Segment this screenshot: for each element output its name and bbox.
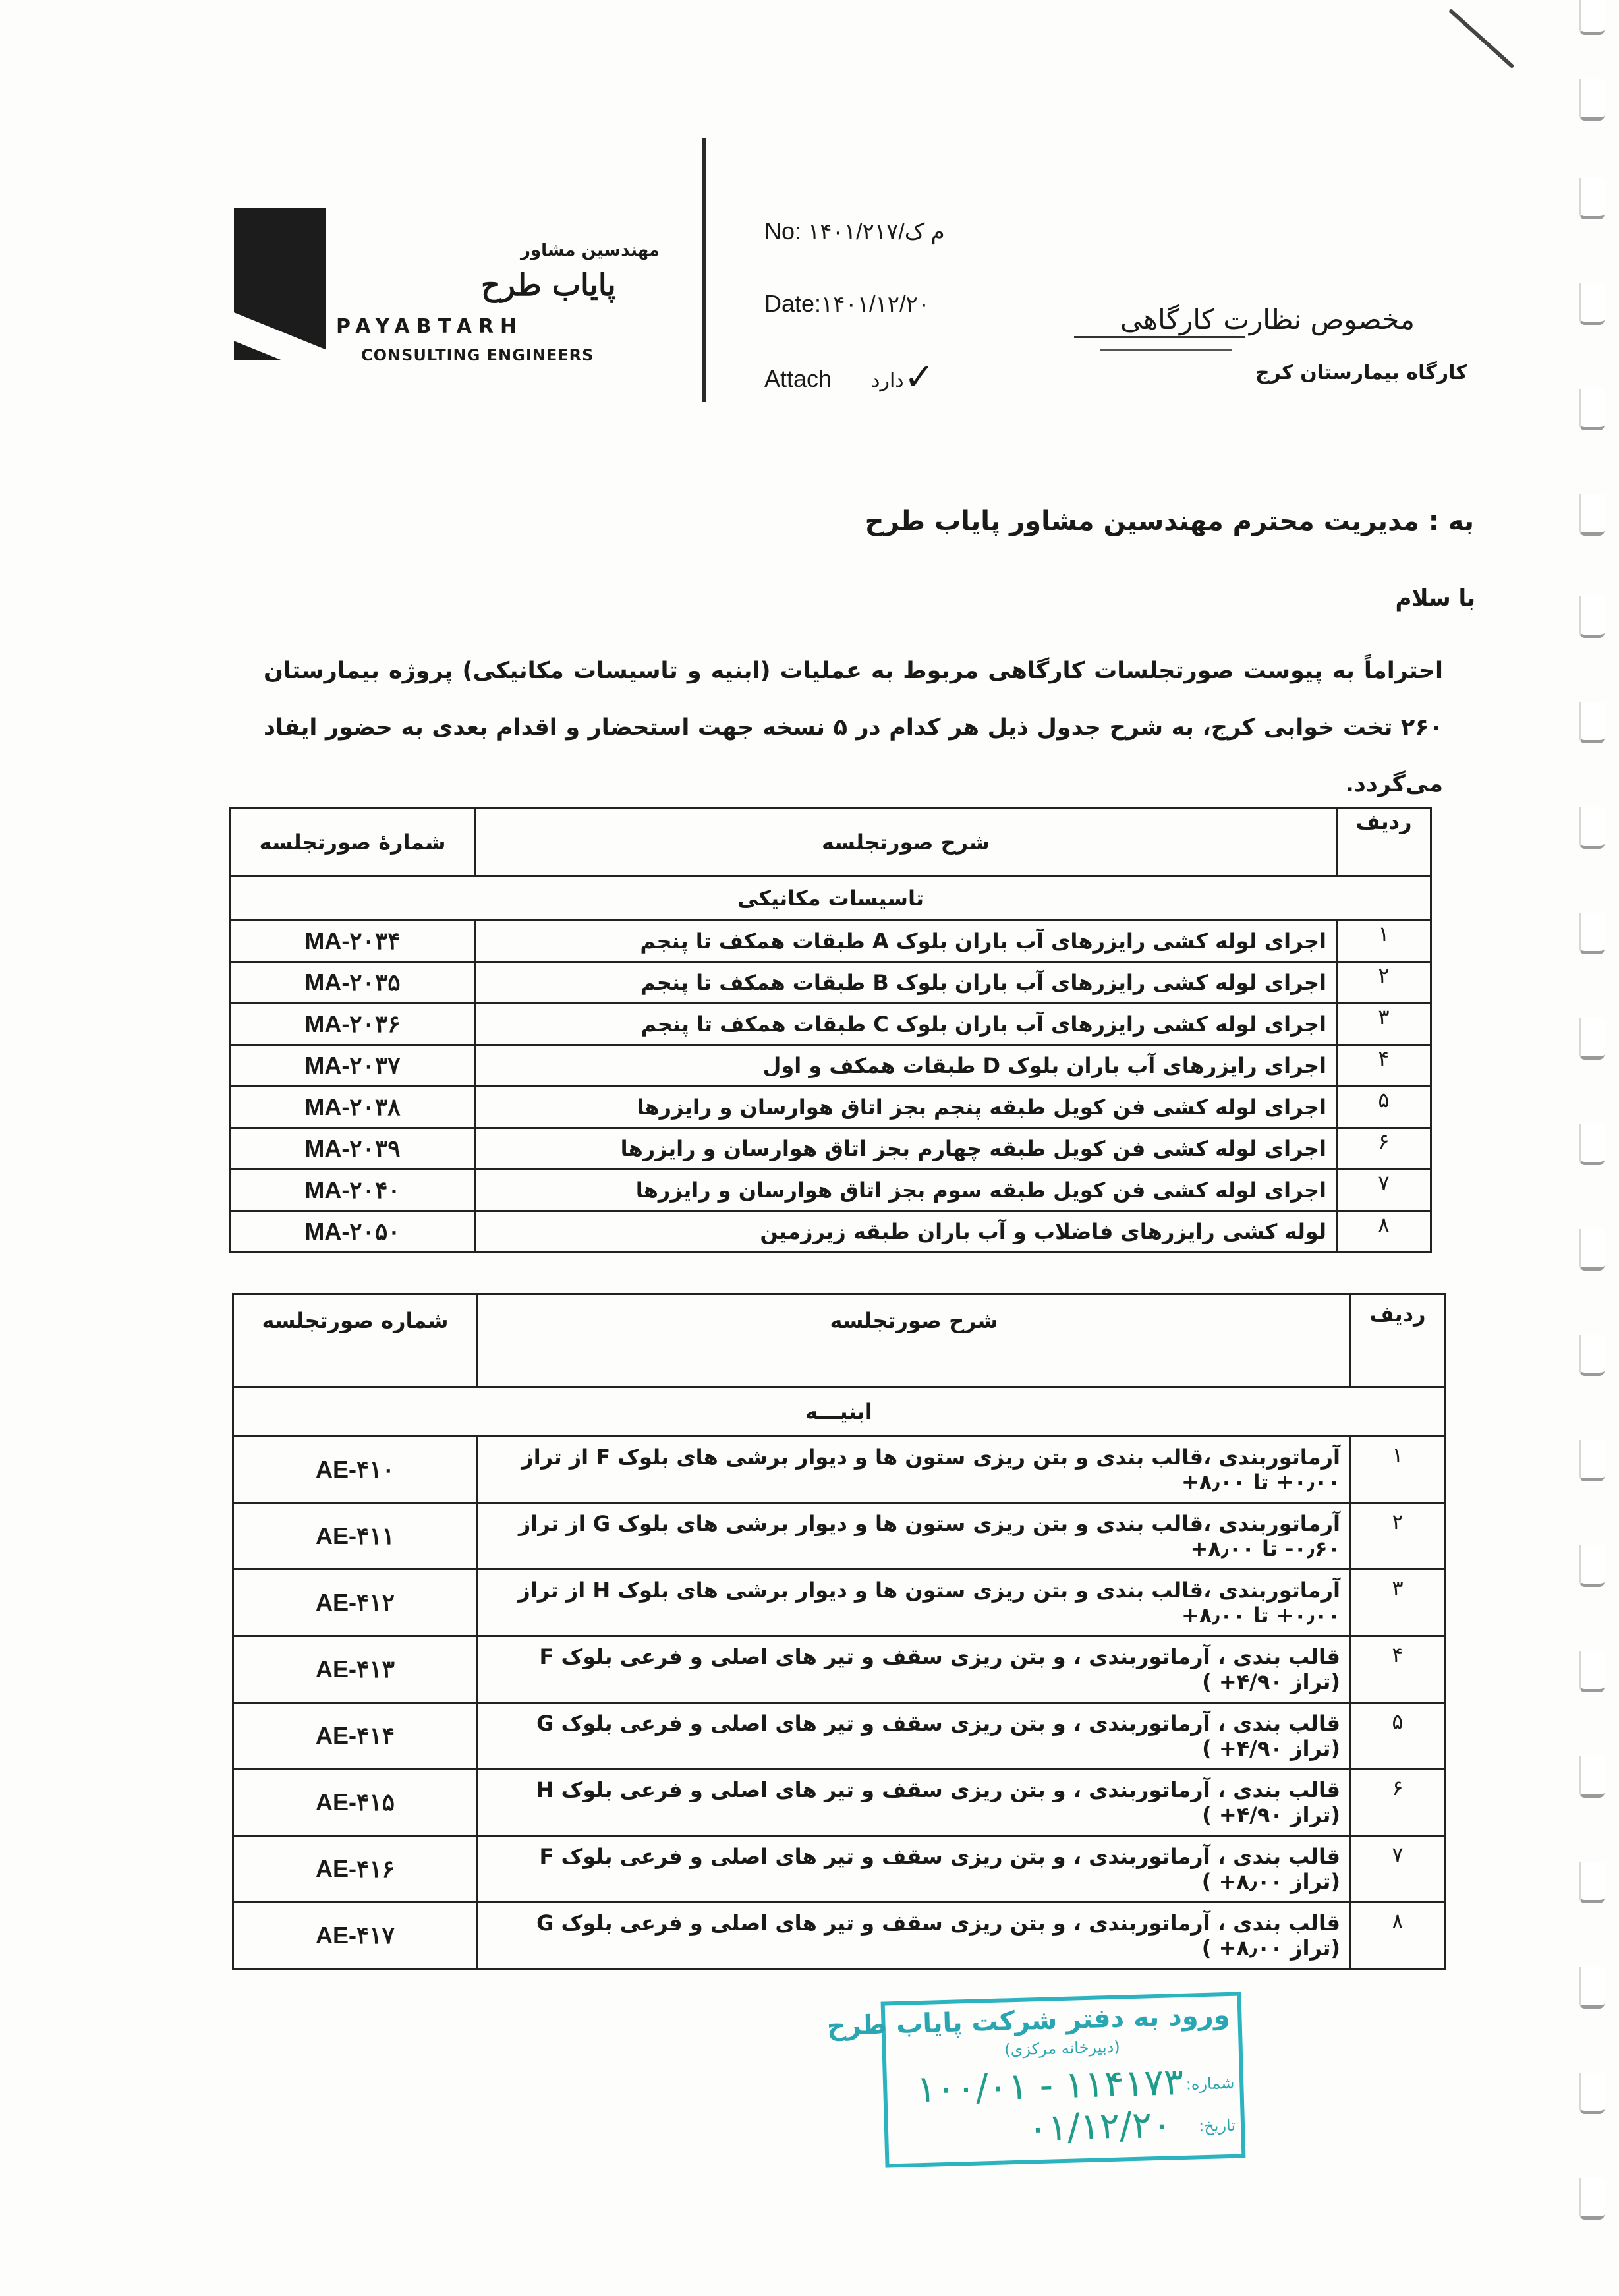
row-code: AE-۴۱۶ xyxy=(233,1836,478,1903)
building-minutes-table: ردیف شرح صورتجلسه شماره صورتجلسه ابنیـــ… xyxy=(232,1293,1446,1970)
row-code: MA-۲۰۳۶ xyxy=(231,1004,475,1045)
table-row: ۱آرماتوربندی ،قالب بندی و بتن ریزی ستون … xyxy=(233,1437,1445,1503)
row-code: MA-۲۰۴۰ xyxy=(231,1170,475,1211)
underline xyxy=(1100,349,1232,351)
binder-hole xyxy=(1579,494,1605,536)
header-index: ردیف xyxy=(1337,809,1431,876)
header-divider xyxy=(702,138,706,402)
letter-body: احتراماً به پیوست صورتجلسات کارگاهی مربو… xyxy=(264,643,1443,813)
mechanical-minutes-table: ردیف شرح صورتجلسه شمارهٔ صورتجلسه تاسیسا… xyxy=(229,807,1432,1253)
binder-holes xyxy=(1576,0,1605,2296)
row-code: AE-۴۱۰ xyxy=(233,1437,478,1503)
row-code: AE-۴۱۴ xyxy=(233,1703,478,1769)
row-description: آرماتوربندی ،قالب بندی و بتن ریزی ستون ه… xyxy=(478,1503,1351,1570)
row-index: ۵ xyxy=(1337,1087,1431,1128)
row-index: ۳ xyxy=(1337,1004,1431,1045)
binder-hole xyxy=(1579,1967,1605,2009)
binder-hole xyxy=(1579,596,1605,638)
underline xyxy=(1074,336,1245,338)
row-code: MA-۲۰۳۸ xyxy=(231,1087,475,1128)
binder-hole xyxy=(1579,1651,1605,1692)
row-code: AE-۴۱۵ xyxy=(233,1769,478,1836)
row-code: AE-۴۱۲ xyxy=(233,1570,478,1636)
row-description: آرماتوربندی ،قالب بندی و بتن ریزی ستون ه… xyxy=(478,1437,1351,1503)
logo-stripe-shape xyxy=(234,307,326,360)
header-description: شرح صورتجلسه xyxy=(478,1294,1351,1387)
binder-hole xyxy=(1579,178,1605,219)
row-description: اجرای لوله کشی رایزرهای آب باران بلوک A … xyxy=(475,921,1337,962)
pen-mark xyxy=(1448,9,1515,69)
checkmark-icon: ✓ xyxy=(904,355,935,399)
section-row: تاسیسات مکانیکی xyxy=(231,876,1431,921)
department-title: مخصوص نظارت کارگاهی xyxy=(1120,303,1415,335)
date-value: ۱۴۰۱/۱۲/۲۰ xyxy=(821,292,930,317)
section-title: تاسیسات مکانیکی xyxy=(231,876,1431,921)
row-index: ۲ xyxy=(1337,962,1431,1004)
row-description: اجرای رایزرهای آب باران بلوک D طبقات همک… xyxy=(475,1045,1337,1087)
site-name: کارگاه بیمارستان کرج xyxy=(1255,361,1467,384)
table-row: ۸قالب بندی ، آرماتوربندی ، و بتن ریزی سق… xyxy=(233,1903,1445,1969)
row-index: ۸ xyxy=(1337,1211,1431,1253)
row-index: ۴ xyxy=(1337,1045,1431,1087)
section-title: ابنیـــه xyxy=(233,1387,1445,1437)
table-row: ۶اجرای لوله کشی فن کویل طبقه چهارم بجز ا… xyxy=(231,1128,1431,1170)
table-row: ۴اجرای رایزرهای آب باران بلوک D طبقات هم… xyxy=(231,1045,1431,1087)
row-code: MA-۲۰۳۴ xyxy=(231,921,475,962)
binder-hole xyxy=(1579,0,1605,35)
row-description: قالب بندی ، آرماتوربندی ، و بتن ریزی سقف… xyxy=(478,1836,1351,1903)
header-description: شرح صورتجلسه xyxy=(475,809,1337,876)
binder-hole xyxy=(1579,2178,1605,2220)
binder-hole xyxy=(1579,1229,1605,1271)
header-code: شمارهٔ صورتجلسه xyxy=(231,809,475,876)
table-row: ۶قالب بندی ، آرماتوربندی ، و بتن ریزی سق… xyxy=(233,1769,1445,1836)
header-code: شماره صورتجلسه xyxy=(233,1294,478,1387)
table-row: ۴قالب بندی ، آرماتوربندی ، و بتن ریزی سق… xyxy=(233,1636,1445,1703)
row-index: ۱ xyxy=(1351,1437,1445,1503)
binder-hole xyxy=(1579,1335,1605,1376)
row-index: ۵ xyxy=(1351,1703,1445,1769)
header-index: ردیف xyxy=(1351,1294,1445,1387)
row-code: MA-۲۰۳۵ xyxy=(231,962,475,1004)
table-row: ۳آرماتوربندی ،قالب بندی و بتن ریزی ستون … xyxy=(233,1570,1445,1636)
row-description: اجرای لوله کشی رایزرهای آب باران بلوک C … xyxy=(475,1004,1337,1045)
letter-date: Date:۱۴۰۱/۱۲/۲۰ xyxy=(764,290,930,318)
registry-stamp: ورود به دفتر شرکت پایاب طرح (دبیرخانه مر… xyxy=(881,1992,1246,2167)
table-row: ۳اجرای لوله کشی رایزرهای آب باران بلوک C… xyxy=(231,1004,1431,1045)
greeting: با سلام xyxy=(1395,585,1475,612)
table-header-row: ردیف شرح صورتجلسه شماره صورتجلسه xyxy=(233,1294,1445,1387)
binder-hole xyxy=(1579,283,1605,325)
logo-english-subtitle: CONSULTING ENGINEERS xyxy=(361,346,594,364)
row-index: ۲ xyxy=(1351,1503,1445,1570)
binder-hole xyxy=(1579,79,1605,121)
table-row: ۸لوله کشی رایزرهای فاضلاب و آب باران طبق… xyxy=(231,1211,1431,1253)
number-label: No: xyxy=(764,217,801,244)
stamp-title: ورود به دفتر شرکت پایاب طرح xyxy=(826,2000,1230,2042)
number-value: ۱۴۰۱/م ک/۲۱۷ xyxy=(808,219,945,244)
binder-hole xyxy=(1579,1018,1605,1060)
logo-persian-name: پایاب طرح xyxy=(481,267,616,302)
binder-hole xyxy=(1579,807,1605,849)
stamp-date-label: تاریخ: xyxy=(1199,2116,1236,2136)
binder-hole xyxy=(1579,2073,1605,2114)
row-index: ۷ xyxy=(1337,1170,1431,1211)
binder-hole xyxy=(1579,389,1605,430)
binder-hole xyxy=(1579,702,1605,743)
row-description: قالب بندی ، آرماتوربندی ، و بتن ریزی سقف… xyxy=(478,1703,1351,1769)
letter-number: No: ۱۴۰۱/م ک/۲۱۷ xyxy=(764,217,945,245)
row-code: AE-۴۱۳ xyxy=(233,1636,478,1703)
company-logo-mark xyxy=(234,208,326,360)
attach-label: Attach xyxy=(764,365,832,392)
binder-hole xyxy=(1579,1862,1605,1903)
row-index: ۱ xyxy=(1337,921,1431,962)
row-code: MA-۲۰۳۷ xyxy=(231,1045,475,1087)
stamp-subtitle: (دبیرخانه مرکزی) xyxy=(1004,2038,1120,2059)
binder-hole xyxy=(1579,1440,1605,1481)
date-label: Date: xyxy=(764,290,821,317)
row-index: ۷ xyxy=(1351,1836,1445,1903)
table-row: ۵قالب بندی ، آرماتوربندی ، و بتن ریزی سق… xyxy=(233,1703,1445,1769)
logo-english-name: PAYABTARH xyxy=(336,315,523,338)
table-row: ۲اجرای لوله کشی رایزرهای آب باران بلوک B… xyxy=(231,962,1431,1004)
stamp-date-value: ۰۱/۱۲/۲۰ xyxy=(1027,2103,1172,2150)
logo-persian-subtitle: مهندسین مشاور xyxy=(521,241,660,260)
row-index: ۳ xyxy=(1351,1570,1445,1636)
row-index: ۶ xyxy=(1351,1769,1445,1836)
binder-hole xyxy=(1579,1124,1605,1165)
row-code: AE-۴۱۷ xyxy=(233,1903,478,1969)
row-description: لوله کشی رایزرهای فاضلاب و آب باران طبقه… xyxy=(475,1211,1337,1253)
row-description: قالب بندی ، آرماتوربندی ، و بتن ریزی سقف… xyxy=(478,1769,1351,1836)
row-index: ۶ xyxy=(1337,1128,1431,1170)
row-index: ۸ xyxy=(1351,1903,1445,1969)
row-description: اجرای لوله کشی فن کویل طبقه چهارم بجز ات… xyxy=(475,1128,1337,1170)
table-header-row: ردیف شرح صورتجلسه شمارهٔ صورتجلسه xyxy=(231,809,1431,876)
row-code: MA-۲۰۵۰ xyxy=(231,1211,475,1253)
row-description: اجرای لوله کشی فن کویل طبقه پنجم بجز اتا… xyxy=(475,1087,1337,1128)
row-code: MA-۲۰۳۹ xyxy=(231,1128,475,1170)
letter-attachment: Attach دارد✓ xyxy=(764,353,935,396)
row-description: اجرای لوله کشی فن کویل طبقه سوم بجز اتاق… xyxy=(475,1170,1337,1211)
binder-hole xyxy=(1579,913,1605,954)
row-description: قالب بندی ، آرماتوربندی ، و بتن ریزی سقف… xyxy=(478,1903,1351,1969)
table-row: ۲آرماتوربندی ،قالب بندی و بتن ریزی ستون … xyxy=(233,1503,1445,1570)
row-description: آرماتوربندی ،قالب بندی و بتن ریزی ستون ه… xyxy=(478,1570,1351,1636)
attach-value: دارد xyxy=(871,370,904,391)
binder-hole xyxy=(1579,1545,1605,1587)
row-description: اجرای لوله کشی رایزرهای آب باران بلوک B … xyxy=(475,962,1337,1004)
recipient-line: به : مدیریت محترم مهندسین مشاور پایاب طر… xyxy=(865,506,1474,536)
table-row: ۵اجرای لوله کشی فن کویل طبقه پنجم بجز ات… xyxy=(231,1087,1431,1128)
row-description: قالب بندی ، آرماتوربندی ، و بتن ریزی سقف… xyxy=(478,1636,1351,1703)
section-row: ابنیـــه xyxy=(233,1387,1445,1437)
row-index: ۴ xyxy=(1351,1636,1445,1703)
table-row: ۷اجرای لوله کشی فن کویل طبقه سوم بجز اتا… xyxy=(231,1170,1431,1211)
row-code: AE-۴۱۱ xyxy=(233,1503,478,1570)
stamp-number-label: شماره: xyxy=(1185,2074,1234,2094)
table-row: ۱اجرای لوله کشی رایزرهای آب باران بلوک A… xyxy=(231,921,1431,962)
table-row: ۷قالب بندی ، آرماتوربندی ، و بتن ریزی سق… xyxy=(233,1836,1445,1903)
binder-hole xyxy=(1579,1756,1605,1798)
